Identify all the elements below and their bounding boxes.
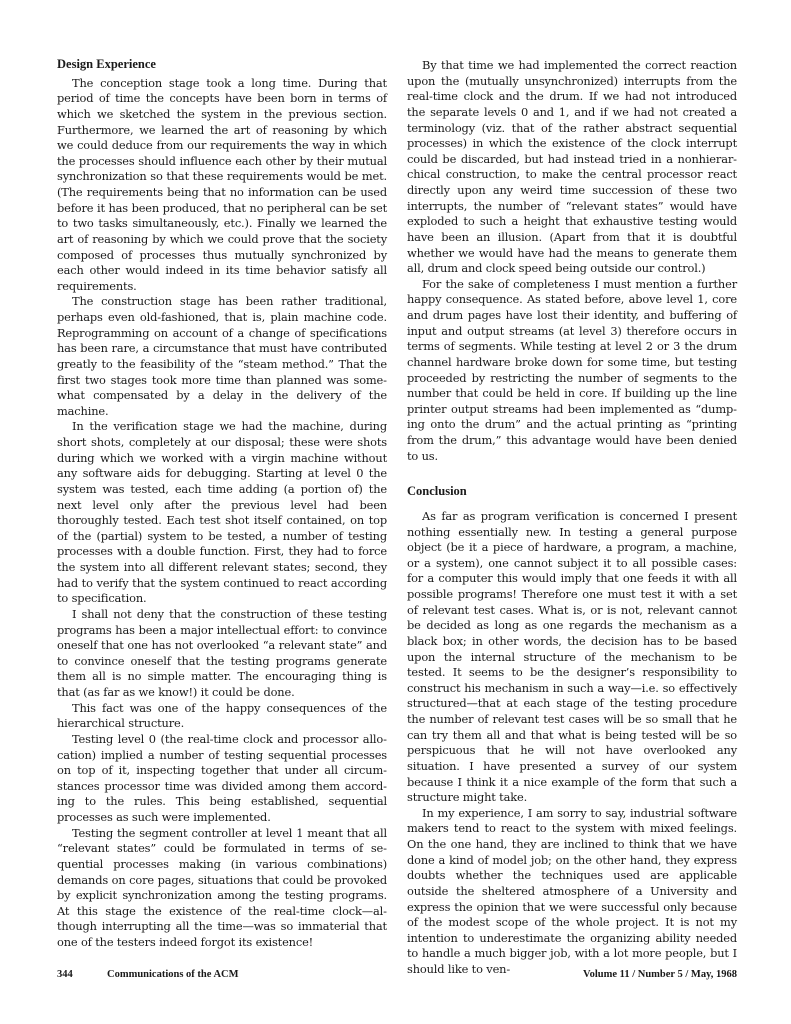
left-column: Design Experience The conception stage t… <box>57 57 387 951</box>
paragraph: As far as program verification is concer… <box>407 509 737 806</box>
paragraph: In my experience, I am sorry to say, ind… <box>407 806 737 978</box>
paragraph: Testing level 0 (the real-time clock and… <box>57 732 387 826</box>
paragraph: Testing the segment controller at level … <box>57 826 387 951</box>
paragraph: In the verification stage we had the mac… <box>57 419 387 607</box>
section-heading-conclusion: Conclusion <box>407 484 737 500</box>
paragraph: I shall not deny that the construction o… <box>57 607 387 701</box>
page-number: 344 <box>57 969 73 980</box>
journal-page: Design Experience The conception stage t… <box>0 0 791 1024</box>
issue-info: Volume 11 / Number 5 / May, 1968 <box>583 969 737 980</box>
section-heading-design-experience: Design Experience <box>57 57 387 73</box>
right-column: By that time we had implemented the corr… <box>407 58 737 978</box>
paragraph: By that time we had implemented the corr… <box>407 58 737 277</box>
journal-name: Communications of the ACM <box>107 969 239 980</box>
paragraph: For the sake of completeness I must ment… <box>407 277 737 465</box>
page-footer: 344 Communications of the ACM Volume 11 … <box>57 969 737 985</box>
paragraph: This fact was one of the happy consequen… <box>57 701 387 732</box>
paragraph: The construction stage has been rather t… <box>57 294 387 419</box>
paragraph: The conception stage took a long time. D… <box>57 76 387 295</box>
